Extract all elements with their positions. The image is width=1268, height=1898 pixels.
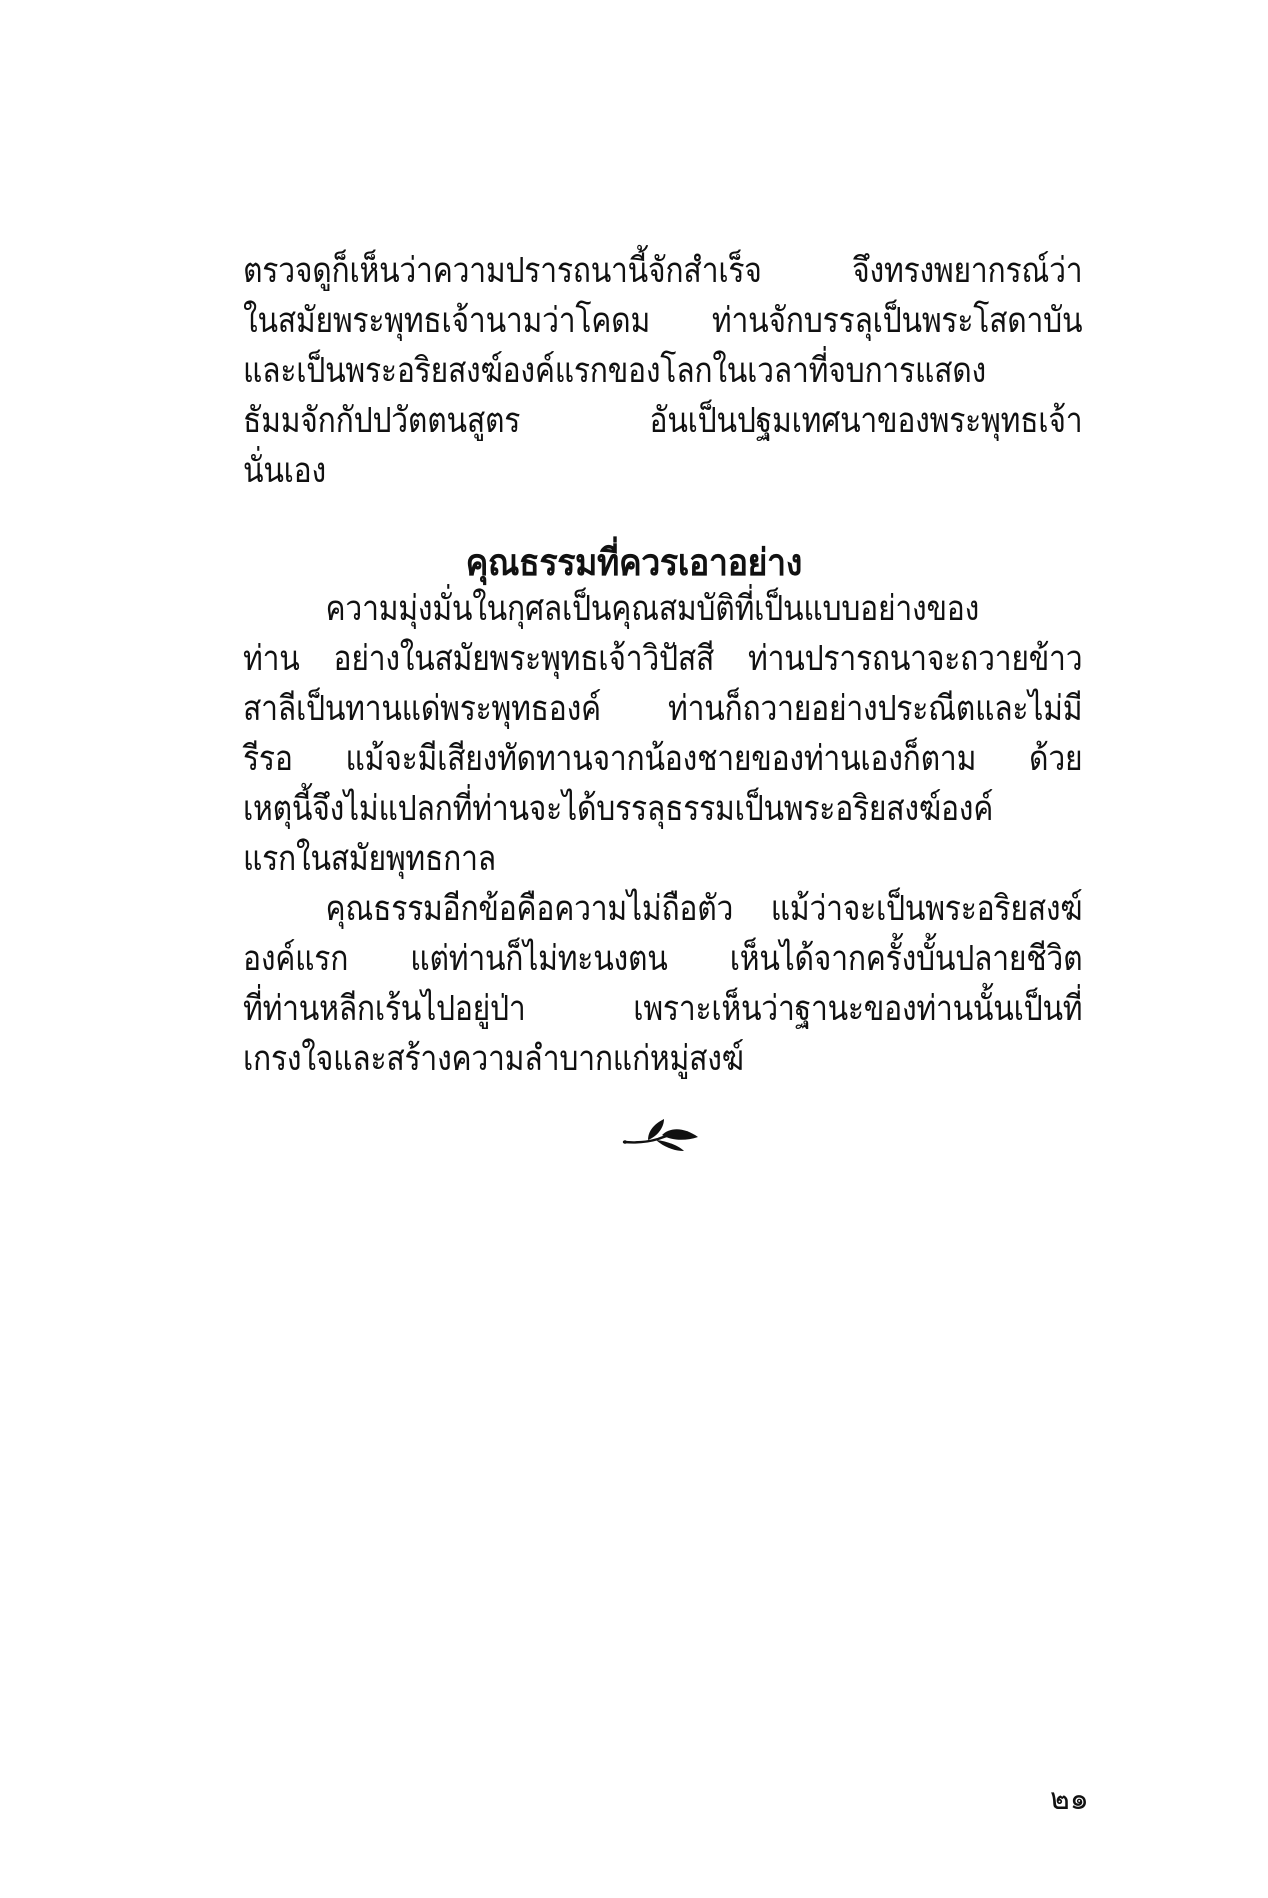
intro-paragraph: ตรวจดูก็เห็นว่าความปรารถนานี้จักสำเร็จ จ…: [243, 246, 1083, 496]
text-line: คุณธรรมอีกข้อคือความไม่ถือตัว แม้ว่าจะเป…: [243, 884, 1082, 934]
text-line: ตรวจดูก็เห็นว่าความปรารถนานี้จักสำเร็จ จ…: [243, 246, 1082, 296]
section-heading: คุณธรรมที่ควรเอาอย่าง: [0, 536, 1268, 588]
text-line: รีรอ แม้จะมีเสียงทัดทานจากน้องชายของท่าน…: [243, 734, 1082, 784]
text-line: นั่นเอง: [243, 446, 1082, 496]
text-line: เหตุนี้จึงไม่แปลกที่ท่านจะได้บรรลุธรรมเป…: [243, 784, 1082, 834]
text-line: ในสมัยพระพุทธเจ้านามว่าโคดม ท่านจักบรรลุ…: [243, 296, 1082, 346]
text-line: เกรงใจและสร้างความลำบากแก่หมู่สงฆ์: [243, 1034, 1082, 1084]
page-number: ๒๑: [1050, 1782, 1089, 1818]
text-line: ท่าน อย่างในสมัยพระพุทธเจ้าวิปัสสี ท่านป…: [243, 634, 1082, 684]
text-line: แรกในสมัยพุทธกาล: [243, 834, 1082, 884]
paragraph-1: ความมุ่งมั่นในกุศลเป็นคุณสมบัติที่เป็นแบ…: [243, 584, 1083, 884]
text-line: สาลีเป็นทานแด่พระพุทธองค์ ท่านก็ถวายอย่า…: [243, 684, 1082, 734]
text-line: ธัมมจักกัปปวัตตนสูตร อันเป็นปฐมเทศนาของพ…: [243, 396, 1082, 446]
text-line: ความมุ่งมั่นในกุศลเป็นคุณสมบัติที่เป็นแบ…: [243, 584, 1082, 634]
book-page: ตรวจดูก็เห็นว่าความปรารถนานี้จักสำเร็จ จ…: [0, 0, 1268, 1898]
text-line: ที่ท่านหลีกเร้นไปอยู่ป่า เพราะเห็นว่าฐาน…: [243, 984, 1082, 1034]
paragraph-2: คุณธรรมอีกข้อคือความไม่ถือตัว แม้ว่าจะเป…: [243, 884, 1083, 1084]
text-line: และเป็นพระอริยสงฆ์องค์แรกของโลกในเวลาที่…: [243, 346, 1082, 396]
section-heading-text: คุณธรรมที่ควรเอาอย่าง: [466, 536, 802, 588]
leaf-sprig-icon: [622, 1115, 702, 1155]
section-body: ความมุ่งมั่นในกุศลเป็นคุณสมบัติที่เป็นแบ…: [243, 584, 1083, 1084]
text-line: องค์แรก แต่ท่านก็ไม่ทะนงตน เห็นได้จากครั…: [243, 934, 1082, 984]
